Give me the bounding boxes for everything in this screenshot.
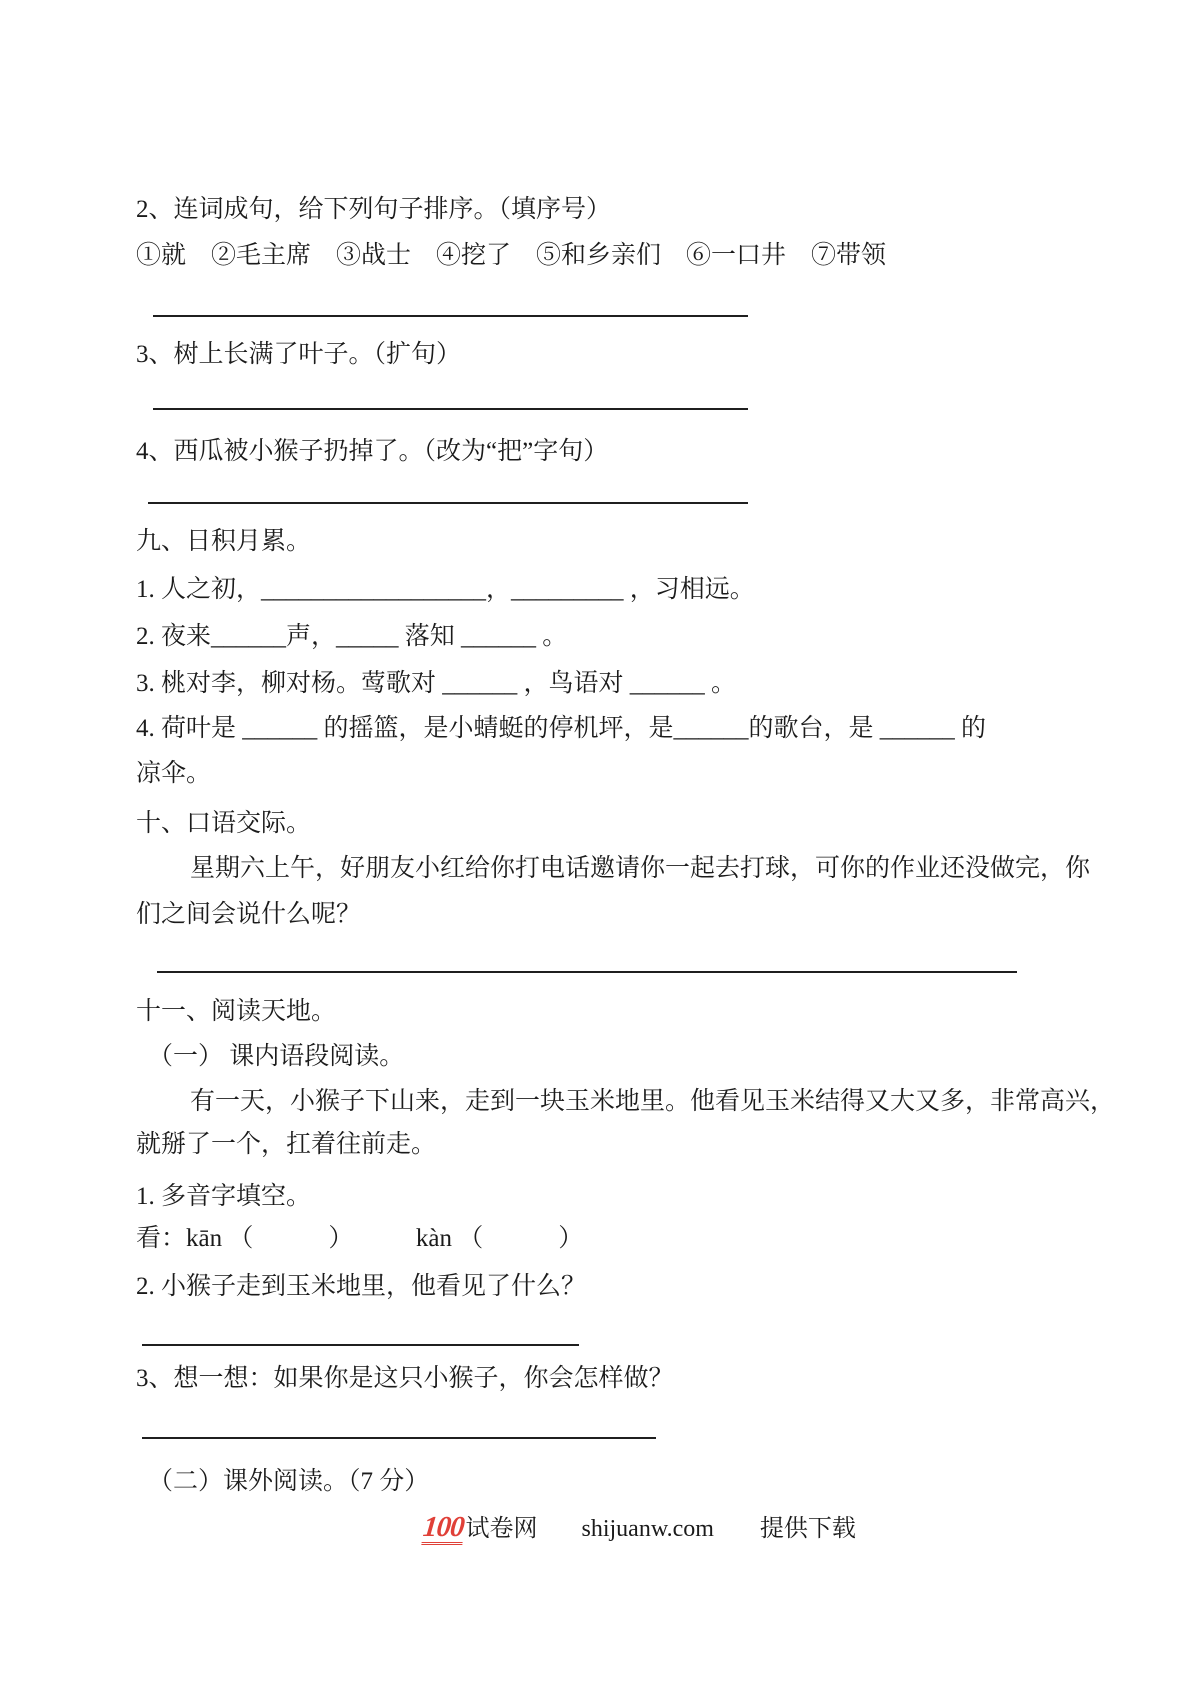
accumulation-item-4-line-2: 凉伞。 [136, 758, 211, 790]
reading-q1-fill-blanks: 看：kān （ ） kàn （ ） [136, 1223, 583, 1255]
question-2-word-bank: ①就 ②毛主席 ③战士 ④挖了 ⑤和乡亲们 ⑥一口井 ⑦带领 [136, 240, 886, 272]
reading-part-1-title: （一） 课内语段阅读。 [148, 1041, 404, 1073]
question-3-prompt: 3、树上长满了叶子。（扩句） [136, 339, 461, 371]
reading-passage-line-1: 有一天，小猴子下山来，走到一块玉米地里。他看见玉米结得又大又多，非常高兴， [190, 1086, 1115, 1118]
section-10-title: 十、口语交际。 [136, 808, 311, 840]
page-footer: 100 试卷网 shijuanw.com 提供下载 [423, 1508, 856, 1545]
accumulation-item-4-line-1: 4. 荷叶是 ______ 的摇篮，是小蜻蜓的停机坪，是______的歌台，是 … [136, 713, 986, 745]
question-4-prompt: 4、西瓜被小猴子扔掉了。（改为“把”字句） [136, 436, 608, 468]
reading-passage-line-2: 就掰了一个，扛着往前走。 [136, 1129, 436, 1161]
footer-download-label: 提供下载 [760, 1508, 856, 1543]
answer-line-q3 [153, 408, 748, 410]
section-11-title: 十一、阅读天地。 [136, 996, 336, 1028]
answer-line-reading-q3 [142, 1437, 656, 1439]
footer-domain-text: shijuanw.com [582, 1516, 714, 1543]
footer-site-name: 试卷网 [466, 1508, 538, 1543]
shijuanw-100-logo: 100 [421, 1513, 465, 1545]
accumulation-item-2: 2. 夜来______声，_____ 落知 ______ 。 [136, 621, 567, 653]
reading-q2-prompt: 2. 小猴子走到玉米地里，他看见了什么？ [136, 1271, 586, 1303]
question-2-prompt: 2、连词成句，给下列句子排序。（填序号） [136, 194, 611, 226]
answer-line-q4 [148, 502, 748, 504]
answer-line-oral [157, 971, 1017, 973]
reading-q3-prompt: 3、想一想：如果你是这只小猴子，你会怎样做？ [136, 1363, 674, 1395]
oral-paragraph-line-2: 们之间会说什么呢？ [136, 899, 361, 931]
accumulation-item-1: 1. 人之初，__________________，_________ ，习相远… [136, 574, 755, 606]
oral-paragraph-line-1: 星期六上午，好朋友小红给你打电话邀请你一起去打球，可你的作业还没做完，你 [190, 853, 1090, 885]
reading-part-2-title: （二）课外阅读。（7 分） [148, 1466, 429, 1498]
exam-paper-page: 2、连词成句，给下列句子排序。（填序号） ①就 ②毛主席 ③战士 ④挖了 ⑤和乡… [0, 0, 1191, 1684]
answer-line-q2 [153, 315, 748, 317]
answer-line-reading-q2 [142, 1344, 579, 1346]
reading-q1-prompt: 1. 多音字填空。 [136, 1181, 311, 1213]
section-9-title: 九、日积月累。 [136, 526, 311, 558]
accumulation-item-3: 3. 桃对李，柳对杨。莺歌对 ______ ，鸟语对 ______ 。 [136, 668, 736, 700]
